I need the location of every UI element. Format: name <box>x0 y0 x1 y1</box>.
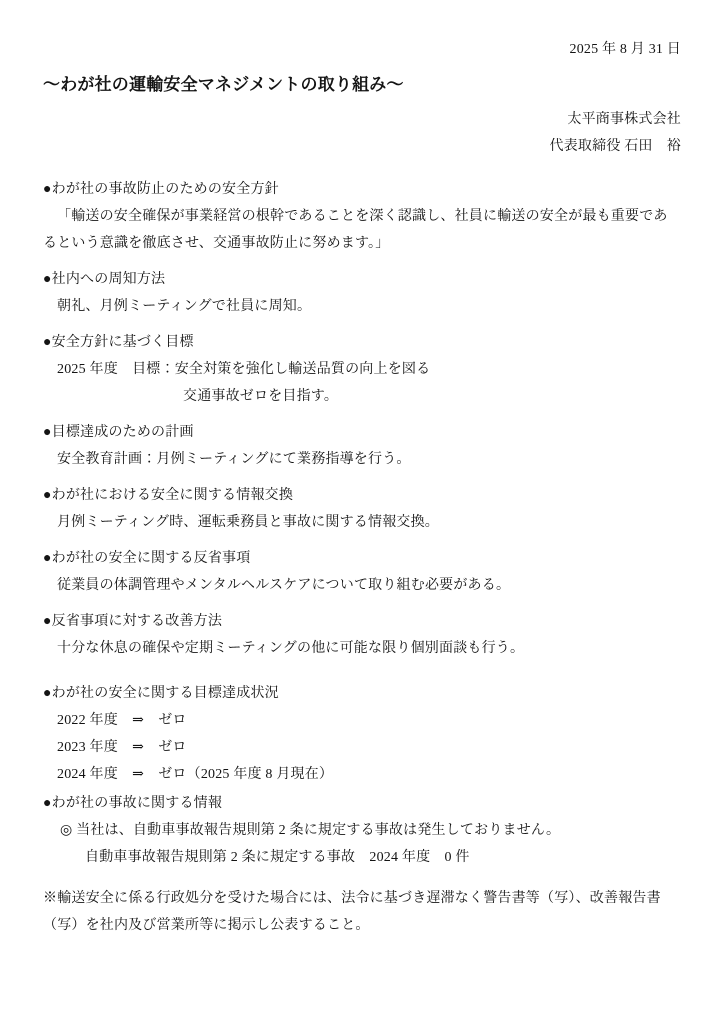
section-heading: ●わが社の安全に関する目標達成状況 <box>43 680 681 707</box>
section-communication-method: ●社内への周知方法 朝礼、月例ミーティングで社員に周知。 <box>43 266 681 320</box>
section-line: 2023 年度 ⇒ ゼロ <box>57 734 681 761</box>
section-line: 2024 年度 ⇒ ゼロ（2025 年度 8 月現在） <box>57 761 681 788</box>
section-improvement: ●反省事項に対する改善方法 十分な休息の確保や定期ミーティングの他に可能な限り個… <box>43 608 681 662</box>
section-heading: ●目標達成のための計画 <box>43 419 681 446</box>
section-accident-info: ●わが社の事故に関する情報 ◎ 当社は、自動車事故報告規則第 2 条に規定する事… <box>43 790 681 871</box>
document-body: ●わが社の事故防止のための安全方針 「輸送の安全確保が事業経営の根幹であることを… <box>43 176 681 871</box>
section-info-exchange: ●わが社における安全に関する情報交換 月例ミーティング時、運転乗務員と事故に関す… <box>43 482 681 536</box>
document-title: ～わが社の運輸安全マネジメントの取り組み～ <box>43 71 681 99</box>
section-heading: ●わが社の事故に関する情報 <box>43 790 681 817</box>
section-line: 十分な休息の確保や定期ミーティングの他に可能な限り個別面談も行う。 <box>57 635 681 662</box>
section-achievement-plan: ●目標達成のための計画 安全教育計画：月例ミーティングにて業務指導を行う。 <box>43 419 681 473</box>
section-line: 2025 年度 目標：安全対策を強化し輸送品質の向上を図る <box>57 356 681 383</box>
section-line: 月例ミーティング時、運転乗務員と事故に関する情報交換。 <box>57 509 681 536</box>
section-reflection: ●わが社の安全に関する反省事項 従業員の体調管理やメンタルヘルスケアについて取り… <box>43 545 681 599</box>
document-page: 2025 年 8 月 31 日 ～わが社の運輸安全マネジメントの取り組み～ 太平… <box>0 0 724 1024</box>
footnote: ※輸送安全に係る行政処分を受けた場合には、法令に基づき遅滞なく警告書等（写）、改… <box>43 885 681 939</box>
representative-name: 代表取締役 石田 裕 <box>43 133 681 160</box>
section-line: 従業員の体調管理やメンタルヘルスケアについて取り組む必要がある。 <box>57 572 681 599</box>
section-heading: ●わが社の安全に関する反省事項 <box>43 545 681 572</box>
section-line: 朝礼、月例ミーティングで社員に周知。 <box>57 293 681 320</box>
section-line: 自動車事故報告規則第 2 条に規定する事故 2024 年度 0 件 <box>85 844 681 871</box>
section-safety-policy: ●わが社の事故防止のための安全方針 「輸送の安全確保が事業経営の根幹であることを… <box>43 176 681 257</box>
section-line: 安全教育計画：月例ミーティングにて業務指導を行う。 <box>57 446 681 473</box>
section-heading: ●反省事項に対する改善方法 <box>43 608 681 635</box>
section-heading: ●安全方針に基づく目標 <box>43 329 681 356</box>
section-line: ◎ 当社は、自動車事故報告規則第 2 条に規定する事故は発生しておりません。 <box>60 817 681 844</box>
section-goals: ●安全方針に基づく目標 2025 年度 目標：安全対策を強化し輸送品質の向上を図… <box>43 329 681 410</box>
section-heading: ●社内への周知方法 <box>43 266 681 293</box>
section-line: 「輸送の安全確保が事業経営の根幹であることを深く認識し、社員に輸送の安全が最も重… <box>43 203 681 257</box>
section-line: 交通事故ゼロを目指す。 <box>183 383 681 410</box>
company-name: 太平商事株式会社 <box>43 106 681 133</box>
section-line: 2022 年度 ⇒ ゼロ <box>57 707 681 734</box>
section-heading: ●わが社の事故防止のための安全方針 <box>43 176 681 203</box>
document-date: 2025 年 8 月 31 日 <box>43 36 681 63</box>
section-heading: ●わが社における安全に関する情報交換 <box>43 482 681 509</box>
section-goal-achievement-status: ●わが社の安全に関する目標達成状況 2022 年度 ⇒ ゼロ 2023 年度 ⇒… <box>43 680 681 788</box>
